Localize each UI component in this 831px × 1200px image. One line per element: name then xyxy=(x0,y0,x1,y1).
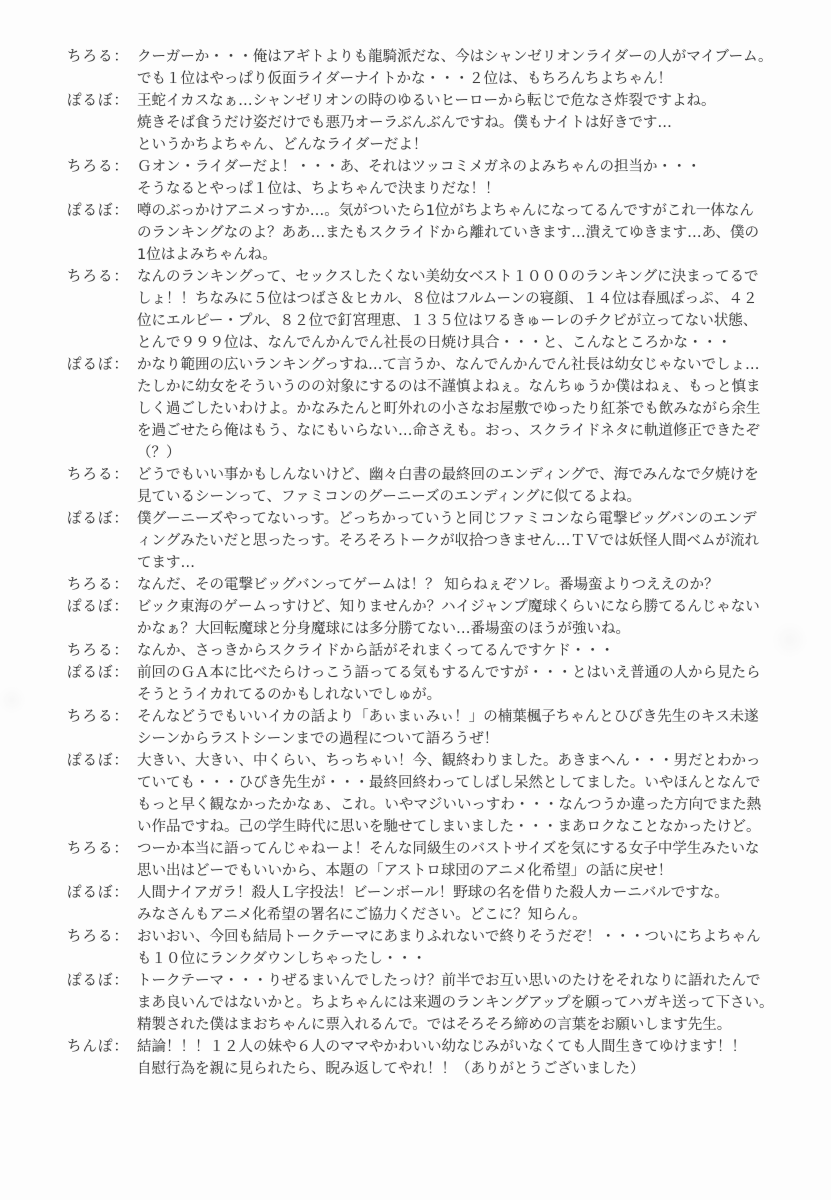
dialogue-line: なんだ、その電撃ビッグバンってゲームは！？ 知らねぇぞソレ。番場蛮よりつええのか… xyxy=(137,574,781,596)
dialogue-turn: ぽるぼ： 噂のぶっかけアニメっすか…。気がついたら1位がちよちゃんになってるんで… xyxy=(67,200,781,266)
dialogue-lines: 前回のＧＡ本に比べたらけっこう語ってる気もするんですが・・・とはいえ普通の人から… xyxy=(137,662,781,706)
dialogue-turn: ちろる： どうでもいい事かもしんないけど、幽々白書の最終回のエンディングで、海で… xyxy=(67,464,781,508)
dialogue-turn: ちろる： なんだ、その電撃ビッグバンってゲームは！？ 知らねぇぞソレ。番場蛮より… xyxy=(67,574,781,596)
dialogue-line: ていても・・・ひびき先生が・・・最終回終わってしばし呆然としてました。いやほんと… xyxy=(137,772,781,794)
speaker-name: ちろる： xyxy=(67,706,137,728)
speaker-name: ぽるぼ： xyxy=(67,90,137,112)
dialogue-lines: クーガーか・・・俺はアギトよりも龍騎派だな、今はシャンゼリオンライダーの人がマイ… xyxy=(137,46,781,90)
dialogue-line: ィングみたいだと思ったっす。そろそろトークが収拾つきません…ＴＶでは妖怪人間ベム… xyxy=(137,530,781,552)
dialogue-turn: ちろる： なんか、さっきからスクライドから話がそれまくってるんですケド・・・ xyxy=(67,640,781,662)
dialogue-line: トークテーマ・・・りぜるまいんでしたっけ？前半でお互い思いのたけをそれなりに語れ… xyxy=(137,970,781,992)
dialogue-lines: なんのランキングって、セックスしたくない美幼女ベスト１０００のランキングに決まっ… xyxy=(137,266,781,354)
dialogue-turn: ぽるぼ： 王蛇イカスなぁ…シャンゼリオンの時のゆるいヒーローから転じで危なさ炸裂… xyxy=(67,90,781,156)
dialogue-lines: つーか本当に語ってんじゃねーよ！そんな同級生のバストサイズを気にする女子中学生み… xyxy=(137,838,781,882)
dialogue-line: 王蛇イカスなぁ…シャンゼリオンの時のゆるいヒーローから転じで危なさ炸裂ですよね。 xyxy=(137,90,781,112)
speaker-name: ちろる： xyxy=(67,464,137,486)
dialogue-line: 位にエルピー・プル、８２位で釘宮理恵、１３５位はワるきゅーレのチクビが立ってない… xyxy=(137,310,781,332)
dialogue-line: い作品ですね。己の学生時代に思いを馳せてしまいました・・・まあロクなことなかった… xyxy=(137,816,781,838)
dialogue-turn: ちろる： なんのランキングって、セックスしたくない美幼女ベスト１０００のランキン… xyxy=(67,266,781,354)
dialogue-line: クーガーか・・・俺はアギトよりも龍騎派だな、今はシャンゼリオンライダーの人がマイ… xyxy=(137,46,781,68)
dialogue-line: なんか、さっきからスクライドから話がそれまくってるんですケド・・・ xyxy=(137,640,781,662)
dialogue-line: 自慰行為を親に見られたら、睨み返してやれ！！（ありがとうございました） xyxy=(137,1058,781,1080)
dialogue-line: というかちよちゃん、どんなライダーだよ！ xyxy=(137,134,781,156)
dialogue-line: なんのランキングって、セックスしたくない美幼女ベスト１０００のランキングに決まっ… xyxy=(137,266,781,288)
speaker-name: ちろる： xyxy=(67,156,137,178)
speaker-name: ちろる： xyxy=(67,266,137,288)
speaker-name: ぽるぼ： xyxy=(67,970,137,992)
dialogue-line: 結論！！！１２人の妹や６人のママやかわいい幼なじみがいなくても人間生きてゆけます… xyxy=(137,1036,781,1058)
speaker-name: ちろる： xyxy=(67,926,137,948)
dialogue-line: ビック東海のゲームっすけど、知りませんか？ハイジャンプ魔球くらいになら勝てるんじ… xyxy=(137,596,781,618)
dialogue-turn: ちろる： つーか本当に語ってんじゃねーよ！そんな同級生のバストサイズを気にする女… xyxy=(67,838,781,882)
dialogue-lines: 王蛇イカスなぁ…シャンゼリオンの時のゆるいヒーローから転じで危なさ炸裂ですよね。… xyxy=(137,90,781,156)
dialogue-line: まあ良いんではないかと。ちよちゃんには来週のランキングアップを願ってハガキ送って… xyxy=(137,992,781,1014)
dialogue-line: みなさんもアニメ化希望の署名にご協力ください。どこに？知らん。 xyxy=(137,904,781,926)
dialogue-lines: ビック東海のゲームっすけど、知りませんか？ハイジャンプ魔球くらいになら勝てるんじ… xyxy=(137,596,781,640)
dialogue-list: ちろる： クーガーか・・・俺はアギトよりも龍騎派だな、今はシャンゼリオンライダー… xyxy=(67,46,781,1080)
speaker-name: ぽるぼ： xyxy=(67,354,137,376)
dialogue-lines: なんだ、その電撃ビッグバンってゲームは！？ 知らねぇぞソレ。番場蛮よりつええのか… xyxy=(137,574,781,596)
dialogue-turn: ぽるぼ： かなり範囲の広いランキングっすね…て言うか、なんでんかんでん社長は幼女… xyxy=(67,354,781,464)
dialogue-lines: 噂のぶっかけアニメっすか…。気がついたら1位がちよちゃんになってるんですがこれ一… xyxy=(137,200,781,266)
speaker-name: ちろる： xyxy=(67,574,137,596)
dialogue-lines: 大きい、大きい、中くらい、ちっちゃい！今、観終わりました。あきまへん・・・男だと… xyxy=(137,750,781,838)
speaker-name: ぽるぼ： xyxy=(67,662,137,684)
speaker-name: ちろる： xyxy=(67,838,137,860)
dialogue-line: 僕グーニーズやってないっす。どっちかっていうと同じファミコンなら電撃ビッグバンの… xyxy=(137,508,781,530)
dialogue-lines: かなり範囲の広いランキングっすね…て言うか、なんでんかんでん社長は幼女じゃないで… xyxy=(137,354,781,464)
dialogue-line: 焼きそば食うだけ姿だけでも悪乃オーラぶんぶんですね。僕もナイトは好きです… xyxy=(137,112,781,134)
dialogue-line: もっと早く観なかったかなぁ、これ。いやマジいいっすわ・・・なんつうか違った方向で… xyxy=(137,794,781,816)
dialogue-line: たしかに幼女をそういうのの対象にするのは不謹慎よねぇ。なんちゅうか僕はねぇ、もっ… xyxy=(137,376,781,398)
dialogue-turn: ぽるぼ： トークテーマ・・・りぜるまいんでしたっけ？前半でお互い思いのたけをそれ… xyxy=(67,970,781,1036)
dialogue-lines: そんなどうでもいいイカの話より「あぃまぃみぃ！」の楠葉楓子ちゃんとひびき先生のキ… xyxy=(137,706,781,750)
dialogue-lines: どうでもいい事かもしんないけど、幽々白書の最終回のエンディングで、海でみんなで夕… xyxy=(137,464,781,508)
dialogue-turn: ぽるぼ： ビック東海のゲームっすけど、知りませんか？ハイジャンプ魔球くらいになら… xyxy=(67,596,781,640)
dialogue-turn: ちろる： おいおい、今回も結局トークテーマにあまりふれないで終りそうだぞ！・・・… xyxy=(67,926,781,970)
speaker-name: ちんぽ： xyxy=(67,1036,137,1058)
dialogue-turn: ちろる： そんなどうでもいいイカの話より「あぃまぃみぃ！」の楠葉楓子ちゃんとひび… xyxy=(67,706,781,750)
speaker-name: ちろる： xyxy=(67,46,137,68)
dialogue-line: 1位はよみちゃんね。 xyxy=(137,244,781,266)
dialogue-line: を過ごせたら俺はもう、なにもいらない…命さえも。おっ、スクライドネタに軌道修正で… xyxy=(137,420,781,442)
dialogue-line: も１０位にランクダウンしちゃったし・・・ xyxy=(137,948,781,970)
dialogue-lines: おいおい、今回も結局トークテーマにあまりふれないで終りそうだぞ！・・・ついにちよ… xyxy=(137,926,781,970)
speaker-name: ちろる： xyxy=(67,640,137,662)
dialogue-turn: ちんぽ： 結論！！！１２人の妹や６人のママやかわいい幼なじみがいなくても人間生き… xyxy=(67,1036,781,1080)
dialogue-lines: 人間ナイアガラ！殺人Ｌ字投法！ビーンボール！野球の名を借りた殺人カーニバルですな… xyxy=(137,882,781,926)
dialogue-line: そうなるとやっぱ１位は、ちよちゃんで決まりだな！！ xyxy=(137,178,781,200)
dialogue-line: とんで９９９位は、なんでんかんでん社長の日焼け具合・・・と、こんなところかな・・… xyxy=(137,332,781,354)
speaker-name: ぽるぼ： xyxy=(67,200,137,222)
dialogue-line: 思い出はどーでもいいから、本題の「アストロ球団のアニメ化希望」の話に戻せ！ xyxy=(137,860,781,882)
dialogue-turn: ちろる： Ｇオン・ライダーだよ！・・・あ、それはツッコミメガネのよみちゃんの担当… xyxy=(67,156,781,200)
dialogue-line: どうでもいい事かもしんないけど、幽々白書の最終回のエンディングで、海でみんなで夕… xyxy=(137,464,781,486)
dialogue-line: 前回のＧＡ本に比べたらけっこう語ってる気もするんですが・・・とはいえ普通の人から… xyxy=(137,662,781,684)
dialogue-line: シーンからラストシーンまでの過程について語ろうぜ！ xyxy=(137,728,781,750)
dialogue-line: おいおい、今回も結局トークテーマにあまりふれないで終りそうだぞ！・・・ついにちよ… xyxy=(137,926,781,948)
dialogue-line: しょ！！ちなみに５位はつばさ＆ヒカル、８位はフルムーンの寝顔、１４位は春風ぽっぷ… xyxy=(137,288,781,310)
dialogue-line: てます… xyxy=(137,552,781,574)
dialogue-line: のランキングなのよ？ああ…またもスクライドから離れていきます…潰えてゆきます…あ… xyxy=(137,222,781,244)
dialogue-line: （？） xyxy=(137,442,781,464)
dialogue-lines: なんか、さっきからスクライドから話がそれまくってるんですケド・・・ xyxy=(137,640,781,662)
dialogue-line: 大きい、大きい、中くらい、ちっちゃい！今、観終わりました。あきまへん・・・男だと… xyxy=(137,750,781,772)
speaker-name: ぽるぼ： xyxy=(67,508,137,530)
dialogue-turn: ぽるぼ： 大きい、大きい、中くらい、ちっちゃい！今、観終わりました。あきまへん・… xyxy=(67,750,781,838)
dialogue-line: 見ているシーンって、ファミコンのグーニーズのエンディングに似てるよね。 xyxy=(137,486,781,508)
speaker-name: ぽるぼ： xyxy=(67,750,137,772)
dialogue-line: でも１位はやっぱり仮面ライダーナイトかな・・・２位は、もちろんちよちゃん！ xyxy=(137,68,781,90)
dialogue-lines: Ｇオン・ライダーだよ！・・・あ、それはツッコミメガネのよみちゃんの担当か・・・そ… xyxy=(137,156,781,200)
speaker-name: ぽるぼ： xyxy=(67,882,137,904)
dialogue-line: つーか本当に語ってんじゃねーよ！そんな同級生のバストサイズを気にする女子中学生み… xyxy=(137,838,781,860)
dialogue-line: そんなどうでもいいイカの話より「あぃまぃみぃ！」の楠葉楓子ちゃんとひびき先生のキ… xyxy=(137,706,781,728)
dialogue-turn: ぽるぼ： 人間ナイアガラ！殺人Ｌ字投法！ビーンボール！野球の名を借りた殺人カーニ… xyxy=(67,882,781,926)
dialogue-line: しく過ごしたいわけよ。かなみたんと町外れの小さなお屋敷でゆったり紅茶でも飲みなが… xyxy=(137,398,781,420)
dialogue-turn: ちろる： クーガーか・・・俺はアギトよりも龍騎派だな、今はシャンゼリオンライダー… xyxy=(67,46,781,90)
dialogue-line: 精製された僕はまおちゃんに票入れるんで。ではそろそろ締めの言葉をお願いします先生… xyxy=(137,1014,781,1036)
dialogue-line: 人間ナイアガラ！殺人Ｌ字投法！ビーンボール！野球の名を借りた殺人カーニバルですな… xyxy=(137,882,781,904)
dialogue-lines: トークテーマ・・・りぜるまいんでしたっけ？前半でお互い思いのたけをそれなりに語れ… xyxy=(137,970,781,1036)
dialogue-line: Ｇオン・ライダーだよ！・・・あ、それはツッコミメガネのよみちゃんの担当か・・・ xyxy=(137,156,781,178)
dialogue-line: そうとうイカれてるのかもしれないでしゅが。 xyxy=(137,684,781,706)
dialogue-line: かなり範囲の広いランキングっすね…て言うか、なんでんかんでん社長は幼女じゃないで… xyxy=(137,354,781,376)
dialogue-line: 噂のぶっかけアニメっすか…。気がついたら1位がちよちゃんになってるんですがこれ一… xyxy=(137,200,781,222)
dialogue-turn: ぽるぼ： 僕グーニーズやってないっす。どっちかっていうと同じファミコンなら電撃ビ… xyxy=(67,508,781,574)
dialogue-turn: ぽるぼ： 前回のＧＡ本に比べたらけっこう語ってる気もするんですが・・・とはいえ普… xyxy=(67,662,781,706)
scanned-page: ちろる： クーガーか・・・俺はアギトよりも龍騎派だな、今はシャンゼリオンライダー… xyxy=(0,0,831,1200)
dialogue-lines: 僕グーニーズやってないっす。どっちかっていうと同じファミコンなら電撃ビッグバンの… xyxy=(137,508,781,574)
speaker-name: ぽるぼ： xyxy=(67,596,137,618)
dialogue-lines: 結論！！！１２人の妹や６人のママやかわいい幼なじみがいなくても人間生きてゆけます… xyxy=(137,1036,781,1080)
dialogue-line: かなぁ？大回転魔球と分身魔球には多分勝てない…番場蛮のほうが強いね。 xyxy=(137,618,781,640)
